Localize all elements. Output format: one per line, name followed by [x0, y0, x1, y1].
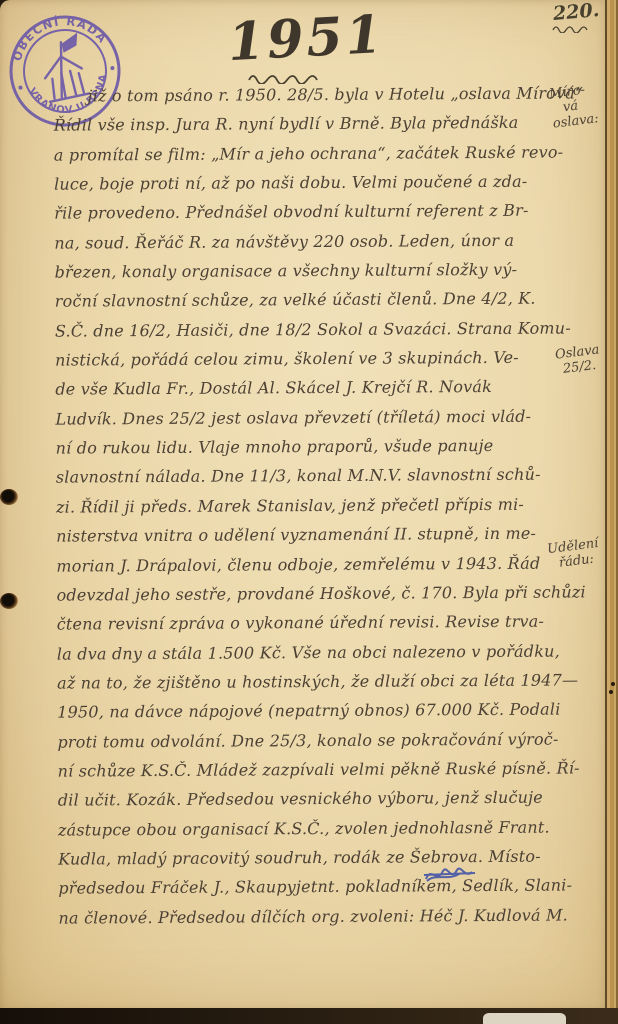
- edge-speck: [609, 690, 613, 694]
- handwritten-line: roční slavnostní schůze, za velké účasti…: [55, 284, 585, 317]
- margin-note: Oslava 25/2.: [554, 342, 602, 377]
- handwritten-line: nisterstva vnitra o udělení vyznamenání …: [56, 519, 586, 552]
- handwritten-line: zi. Řídil ji předs. Marek Stanislav, jen…: [56, 489, 586, 522]
- handwritten-line: odevzdal jeho sestře, provdané Hoškové, …: [56, 577, 586, 610]
- handwritten-line: 1950, na dávce nápojové (nepatrný obnos)…: [57, 695, 587, 728]
- stamp-dot-right: [110, 66, 115, 71]
- ink-correction-scribble: [423, 863, 477, 887]
- handwritten-line: nistická, pořádá celou zimu, školení ve …: [55, 342, 585, 375]
- handwritten-line: na, soud. Řeřáč R. za návštěvy 220 osob.…: [54, 225, 584, 258]
- handwritten-line: Ludvík. Dnes 25/2 jest oslava převzetí (…: [55, 401, 585, 434]
- handwritten-line: ní schůze K.S.Č. Mládež zazpívali velmi …: [58, 753, 588, 786]
- next-page-corner: [483, 1013, 566, 1024]
- binding-hole: [0, 593, 18, 609]
- page-number: 220.: [552, 0, 600, 25]
- handwritten-line: na členové. Předsedou dílčích org. zvole…: [58, 900, 588, 933]
- handwritten-body: již o tom psáno r. 1950. 28/5. byla v Ho…: [53, 78, 588, 932]
- handwritten-line: řile provedeno. Přednášel obvodní kultur…: [54, 196, 584, 229]
- margin-note: Míro- vá oslava:: [548, 81, 599, 131]
- handwritten-line: slavnostní nálada. Dne 11/3, konal M.N.V…: [56, 460, 586, 493]
- binding-hole: [0, 489, 18, 505]
- handwritten-line: dil učit. Kozák. Předsedou vesnického vý…: [58, 783, 588, 816]
- handwritten-line: proti tomu odvolání. Dne 25/3, konalo se…: [57, 724, 587, 757]
- handwritten-line: la dva dny a stála 1.500 Kč. Vše na obci…: [57, 636, 587, 669]
- handwritten-line: ní do rukou lidu. Vlaje mnoho praporů, v…: [56, 431, 586, 464]
- handwritten-line: čtena revisní zpráva o vykonané úřední r…: [57, 607, 587, 640]
- handwritten-line: morian J. Drápalovi, členu odboje, zemře…: [56, 548, 586, 581]
- handwritten-line: březen, konaly organisace a všechny kult…: [54, 254, 584, 287]
- handwritten-line: Kudla, mladý pracovitý soudruh, rodák ze…: [58, 841, 588, 874]
- page-number-flourish: [552, 24, 590, 33]
- margin-note: Udělení řádu:: [546, 536, 601, 572]
- handwritten-line: S.Č. dne 16/2, Hasiči, dne 18/2 Sokol a …: [55, 313, 585, 346]
- handwritten-line: a promítal se film: „Mír a jeho ochrana“…: [54, 137, 584, 170]
- edge-speck: [611, 682, 615, 686]
- handwritten-line: až na to, že zjištěno u hostinských, že …: [57, 665, 587, 698]
- book-page-edge: [605, 0, 618, 1012]
- year-title: 1951: [227, 4, 387, 73]
- handwritten-line: již o tom psáno r. 1950. 28/5. byla v Ho…: [53, 78, 583, 111]
- handwritten-line: zástupce obou organisací K.S.Č., zvolen …: [58, 812, 588, 845]
- handwritten-line: předsedou Fráček J., Skaupyjetnt. poklad…: [58, 871, 588, 904]
- scanned-chronicle-page: OBECNÍ RADA VRANOV U BRNA 1951 220. již …: [0, 0, 618, 1024]
- handwritten-line: luce, boje proti ní, až po naši dobu. Ve…: [54, 166, 584, 199]
- stamp-dot-left: [18, 85, 23, 90]
- handwritten-line: Řídil vše insp. Jura R. nyní bydlí v Brn…: [54, 108, 584, 141]
- handwritten-line: de vše Kudla Fr., Dostál Al. Skácel J. K…: [55, 372, 585, 405]
